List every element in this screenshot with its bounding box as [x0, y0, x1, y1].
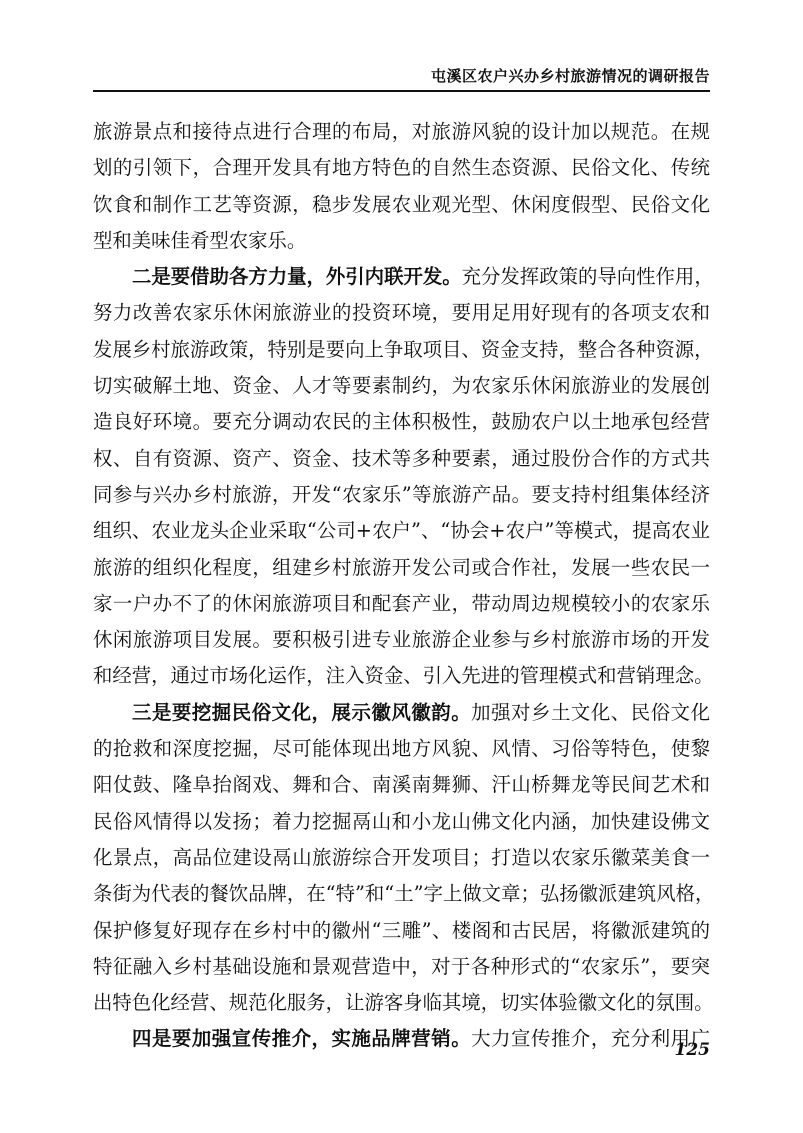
text-line: 发展乡村旅游政策，特别是要向上争取项目、资金支持，整合各种资源，	[93, 332, 710, 368]
text-line: 划的引领下，合理开发具有地方特色的自然生态资源、民俗文化、传统	[93, 150, 710, 186]
text-line: 休闲旅游项目发展。要积极引进专业旅游企业参与乡村旅游市场的开发	[93, 622, 710, 658]
text-line: 保护修复好现存在乡村中的徽州“三雕”、楼阁和古民居，将徽派建筑的	[93, 913, 710, 949]
text-line: 造良好环境。要充分调动农民的主体积极性，鼓励农户以土地承包经营	[93, 404, 710, 440]
text-line: 努力改善农家乐休闲旅游业的投资环境，要用足用好现有的各项支农和	[93, 295, 710, 331]
text-line: 同参与兴办乡村旅游，开发“农家乐”等旅游产品。要支持村组集体经济	[93, 477, 710, 513]
text-line: 化景点，高品位建设鬲山旅游综合开发项目；打造以农家乐徽菜美食一	[93, 840, 710, 876]
paragraph-heading: 三是要挖掘民俗文化，展示徽风徽韵。	[132, 701, 471, 724]
paragraph-text: 加强对乡土文化、民俗文化	[471, 701, 710, 724]
text-line: 和经营，通过市场化运作，注入资金、引入先进的管理模式和营销理念。	[93, 658, 710, 694]
text-line: 切实破解土地、资金、人才等要素制约，为农家乐休闲旅游业的发展创	[93, 368, 710, 404]
text-line: 出特色化经营、规范化服务，让游客身临其境，切实体验徽文化的氛围。	[93, 985, 710, 1021]
header-rule	[93, 90, 710, 92]
text-line: 旅游景点和接待点进行合理的布局，对旅游风貌的设计加以规范。在规	[93, 114, 710, 150]
text-line: 条街为代表的餐饮品牌，在“特”和“土”字上做文章；弘扬徽派建筑风格，	[93, 876, 710, 912]
text-line: 旅游的组织化程度，组建乡村旅游开发公司或合作社，发展一些农民一	[93, 550, 710, 586]
document-page: 屯溪区农户兴办乡村旅游情况的调研报告 旅游景点和接待点进行合理的布局，对旅游风貌…	[0, 0, 803, 1133]
paragraph-first-line: 四是要加强宣传推介，实施品牌营销。大力宣传推介，充分利用广	[93, 1021, 710, 1057]
text-line: 型和美味佳肴型农家乐。	[93, 223, 710, 259]
paragraph-2: 二是要借助各方力量，外引内联开发。充分发挥政策的导向性作用， 努力改善农家乐休闲…	[93, 259, 710, 695]
text-line: 的抢救和深度挖掘，尽可能体现出地方风貌、风情、习俗等特色，使黎	[93, 731, 710, 767]
paragraph-3: 三是要挖掘民俗文化，展示徽风徽韵。加强对乡土文化、民俗文化 的抢救和深度挖掘，尽…	[93, 695, 710, 1022]
paragraph-4: 四是要加强宣传推介，实施品牌营销。大力宣传推介，充分利用广	[93, 1021, 710, 1057]
page-number: 125	[640, 1040, 710, 1060]
paragraph-first-line: 二是要借助各方力量，外引内联开发。充分发挥政策的导向性作用，	[93, 259, 710, 295]
paragraph-text: 充分发挥政策的导向性作用，	[462, 265, 714, 288]
text-line: 权、自有资源、资产、资金、技术等多种要素，通过股份合作的方式共	[93, 441, 710, 477]
paragraph-first-line: 三是要挖掘民俗文化，展示徽风徽韵。加强对乡土文化、民俗文化	[93, 695, 710, 731]
text-line: 阳仗鼓、隆阜抬阁戏、舞和合、南溪南舞狮、汗山桥舞龙等民间艺术和	[93, 767, 710, 803]
text-line: 特征融入乡村基础设施和景观营造中，对于各种形式的“农家乐”，要突	[93, 949, 710, 985]
body-text: 旅游景点和接待点进行合理的布局，对旅游风貌的设计加以规范。在规 划的引领下，合理…	[93, 114, 710, 1058]
text-line: 民俗风情得以发扬；着力挖掘鬲山和小龙山佛文化内涵，加快建设佛文	[93, 804, 710, 840]
text-line: 家一户办不了的休闲旅游项目和配套产业，带动周边规模较小的农家乐	[93, 586, 710, 622]
paragraph-heading: 四是要加强宣传推介，实施品牌营销。	[132, 1027, 471, 1050]
paragraph-1: 旅游景点和接待点进行合理的布局，对旅游风貌的设计加以规范。在规 划的引领下，合理…	[93, 114, 710, 259]
text-line: 饮食和制作工艺等资源，稳步发展农业观光型、休闲度假型、民俗文化	[93, 187, 710, 223]
text-line: 组织、农业龙头企业采取“公司+农户”、“协会+农户”等模式，提高农业	[93, 513, 710, 549]
paragraph-heading: 二是要借助各方力量，外引内联开发。	[132, 265, 462, 288]
running-header-title: 屯溪区农户兴办乡村旅游情况的调研报告	[93, 66, 710, 86]
